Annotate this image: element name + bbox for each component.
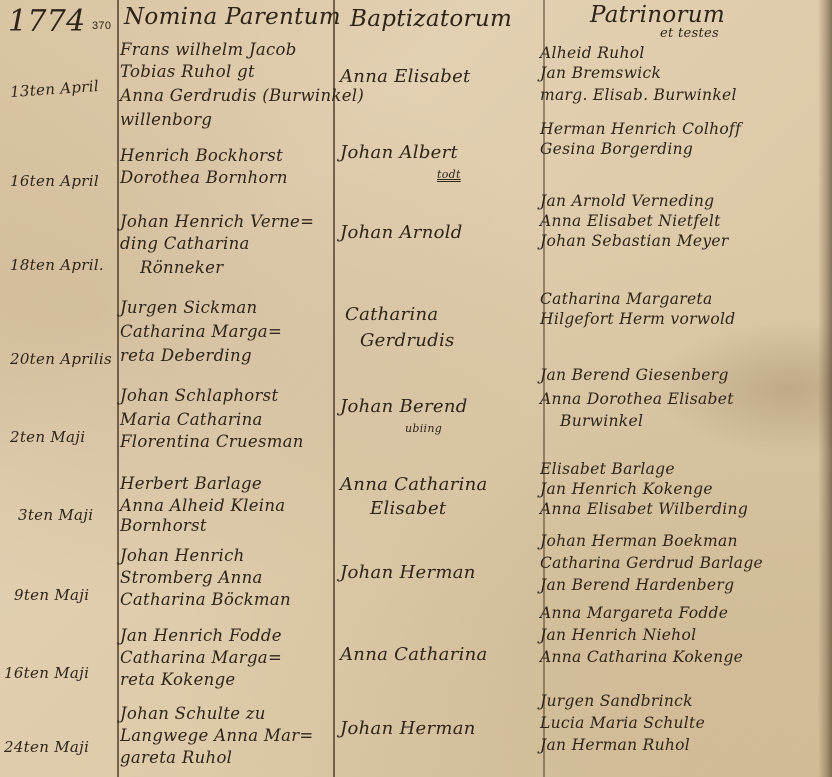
entry-date: 3ten Maji — [18, 506, 93, 524]
parents-line: Jurgen Sickman — [120, 298, 257, 318]
baptized-name-line2: Gerdrudis — [360, 330, 455, 351]
sponsor-line: Gesina Borgerding — [540, 140, 693, 159]
sponsor-line: Jan Berend Hardenberg — [540, 576, 734, 595]
sponsor-line: Johan Herman Boekman — [540, 532, 738, 551]
baptized-name: Johan Arnold — [340, 222, 463, 243]
entry-date: 24ten Maji — [4, 738, 89, 756]
year-heading: 1774 — [8, 4, 86, 39]
sponsor-line: Jan Arnold Verneding — [540, 192, 714, 211]
sponsor-line: Jan Berend Giesenberg — [540, 366, 729, 385]
baptized-name: Johan Albert — [340, 142, 458, 163]
entry-date: 16ten Maji — [4, 664, 89, 682]
sponsor-line: Elisabet Barlage — [540, 460, 675, 479]
sponsor-line: Johan Sebastian Meyer — [540, 232, 729, 251]
column-rule-parents — [333, 0, 335, 777]
entry-date: 20ten Aprilis — [10, 350, 112, 368]
baptized-name: Johan Herman — [340, 562, 476, 583]
entry-date: 2ten Maji — [10, 428, 85, 446]
parents-line: Maria Catharina — [120, 410, 263, 430]
entry-date: 16ten April — [10, 172, 99, 190]
baptized-name: Johan Berend — [340, 396, 468, 417]
sponsor-line: Jurgen Sandbrinck — [540, 692, 693, 711]
sponsor-line: Catharina Gerdrud Barlage — [540, 554, 763, 573]
baptized-name: Anna Elisabet — [340, 66, 471, 87]
parents-line: Catharina Marga= — [120, 322, 282, 342]
sponsor-line: Alheid Ruhol — [540, 44, 645, 63]
header-sponsors-sub: et testes — [660, 26, 719, 41]
parents-line: Johan Henrich Verne= — [120, 212, 314, 232]
sponsor-line: Herman Henrich Colhoff — [540, 120, 741, 139]
parents-line: Langwege Anna Mar= — [120, 726, 314, 746]
sponsor-line: Anna Elisabet Nietfelt — [540, 212, 721, 231]
folio-number: 370 — [92, 20, 111, 32]
column-rule-date — [117, 0, 119, 777]
parents-line: Rönneker — [140, 258, 223, 278]
parents-line: Bornhorst — [120, 516, 207, 536]
baptized-name: Johan Herman — [340, 718, 476, 739]
sponsor-line: Jan Bremswick — [540, 64, 661, 83]
parents-line: Johan Schulte zu — [120, 704, 266, 724]
sponsor-line: Anna Dorothea Elisabet — [540, 390, 734, 409]
sponsor-line: marg. Elisab. Burwinkel — [540, 86, 737, 105]
book-binding-edge — [818, 0, 832, 777]
sponsor-line: Catharina Margareta — [540, 290, 713, 309]
parents-line: Tobias Ruhol gt — [120, 62, 255, 82]
parents-line: Herbert Barlage — [120, 474, 262, 494]
baptized-note: todt — [437, 168, 461, 181]
baptized-name-line2: Elisabet — [370, 498, 446, 519]
parents-line: gareta Ruhol — [120, 748, 232, 768]
baptized-name: Anna Catharina — [340, 644, 488, 665]
parents-line: Catharina Böckman — [120, 590, 291, 610]
header-sponsors: Patrinorum — [590, 2, 725, 28]
sponsor-line: Burwinkel — [560, 412, 643, 431]
parents-line: Henrich Bockhorst — [120, 146, 283, 166]
sponsor-line: Hilgefort Herm vorwold — [540, 310, 735, 329]
header-baptized: Baptizatorum — [350, 6, 512, 32]
parents-line: Jan Henrich Fodde — [120, 626, 282, 646]
header-parents: Nomina Parentum — [124, 4, 341, 30]
parents-line: Dorothea Bornhorn — [120, 168, 288, 188]
sponsor-line: Anna Catharina Kokenge — [540, 648, 743, 667]
parents-line: reta Kokenge — [120, 670, 236, 690]
sponsor-line: Jan Henrich Niehol — [540, 626, 696, 645]
parents-line: Anna Gerdrudis (Burwinkel) — [120, 86, 364, 106]
sponsor-line: Jan Henrich Kokenge — [540, 480, 713, 499]
parents-line: Johan Henrich — [120, 546, 245, 566]
parents-line: Stromberg Anna — [120, 568, 263, 588]
entry-date: 18ten April. — [10, 256, 104, 274]
parents-line: Anna Alheid Kleina — [120, 496, 285, 516]
entry-date: 9ten Maji — [14, 586, 89, 604]
parents-line: Johan Schlaphorst — [120, 386, 278, 406]
sponsor-line: Anna Elisabet Wilberding — [540, 500, 748, 519]
baptized-note: ubiing — [405, 422, 442, 435]
parents-line: reta Deberding — [120, 346, 252, 366]
parents-line: willenborg — [120, 110, 212, 130]
sponsor-line: Lucia Maria Schulte — [540, 714, 705, 733]
sponsor-line: Jan Herman Ruhol — [540, 736, 690, 755]
sponsor-line: Anna Margareta Fodde — [540, 604, 728, 623]
parents-line: Frans wilhelm Jacob — [120, 40, 297, 60]
parents-line: ding Catharina — [120, 234, 250, 254]
baptized-name: Anna Catharina — [340, 474, 488, 495]
parents-line: Catharina Marga= — [120, 648, 282, 668]
parents-line: Florentina Cruesman — [120, 432, 304, 452]
baptized-name: Catharina — [345, 304, 438, 325]
entry-date: 13ten April — [9, 77, 99, 101]
